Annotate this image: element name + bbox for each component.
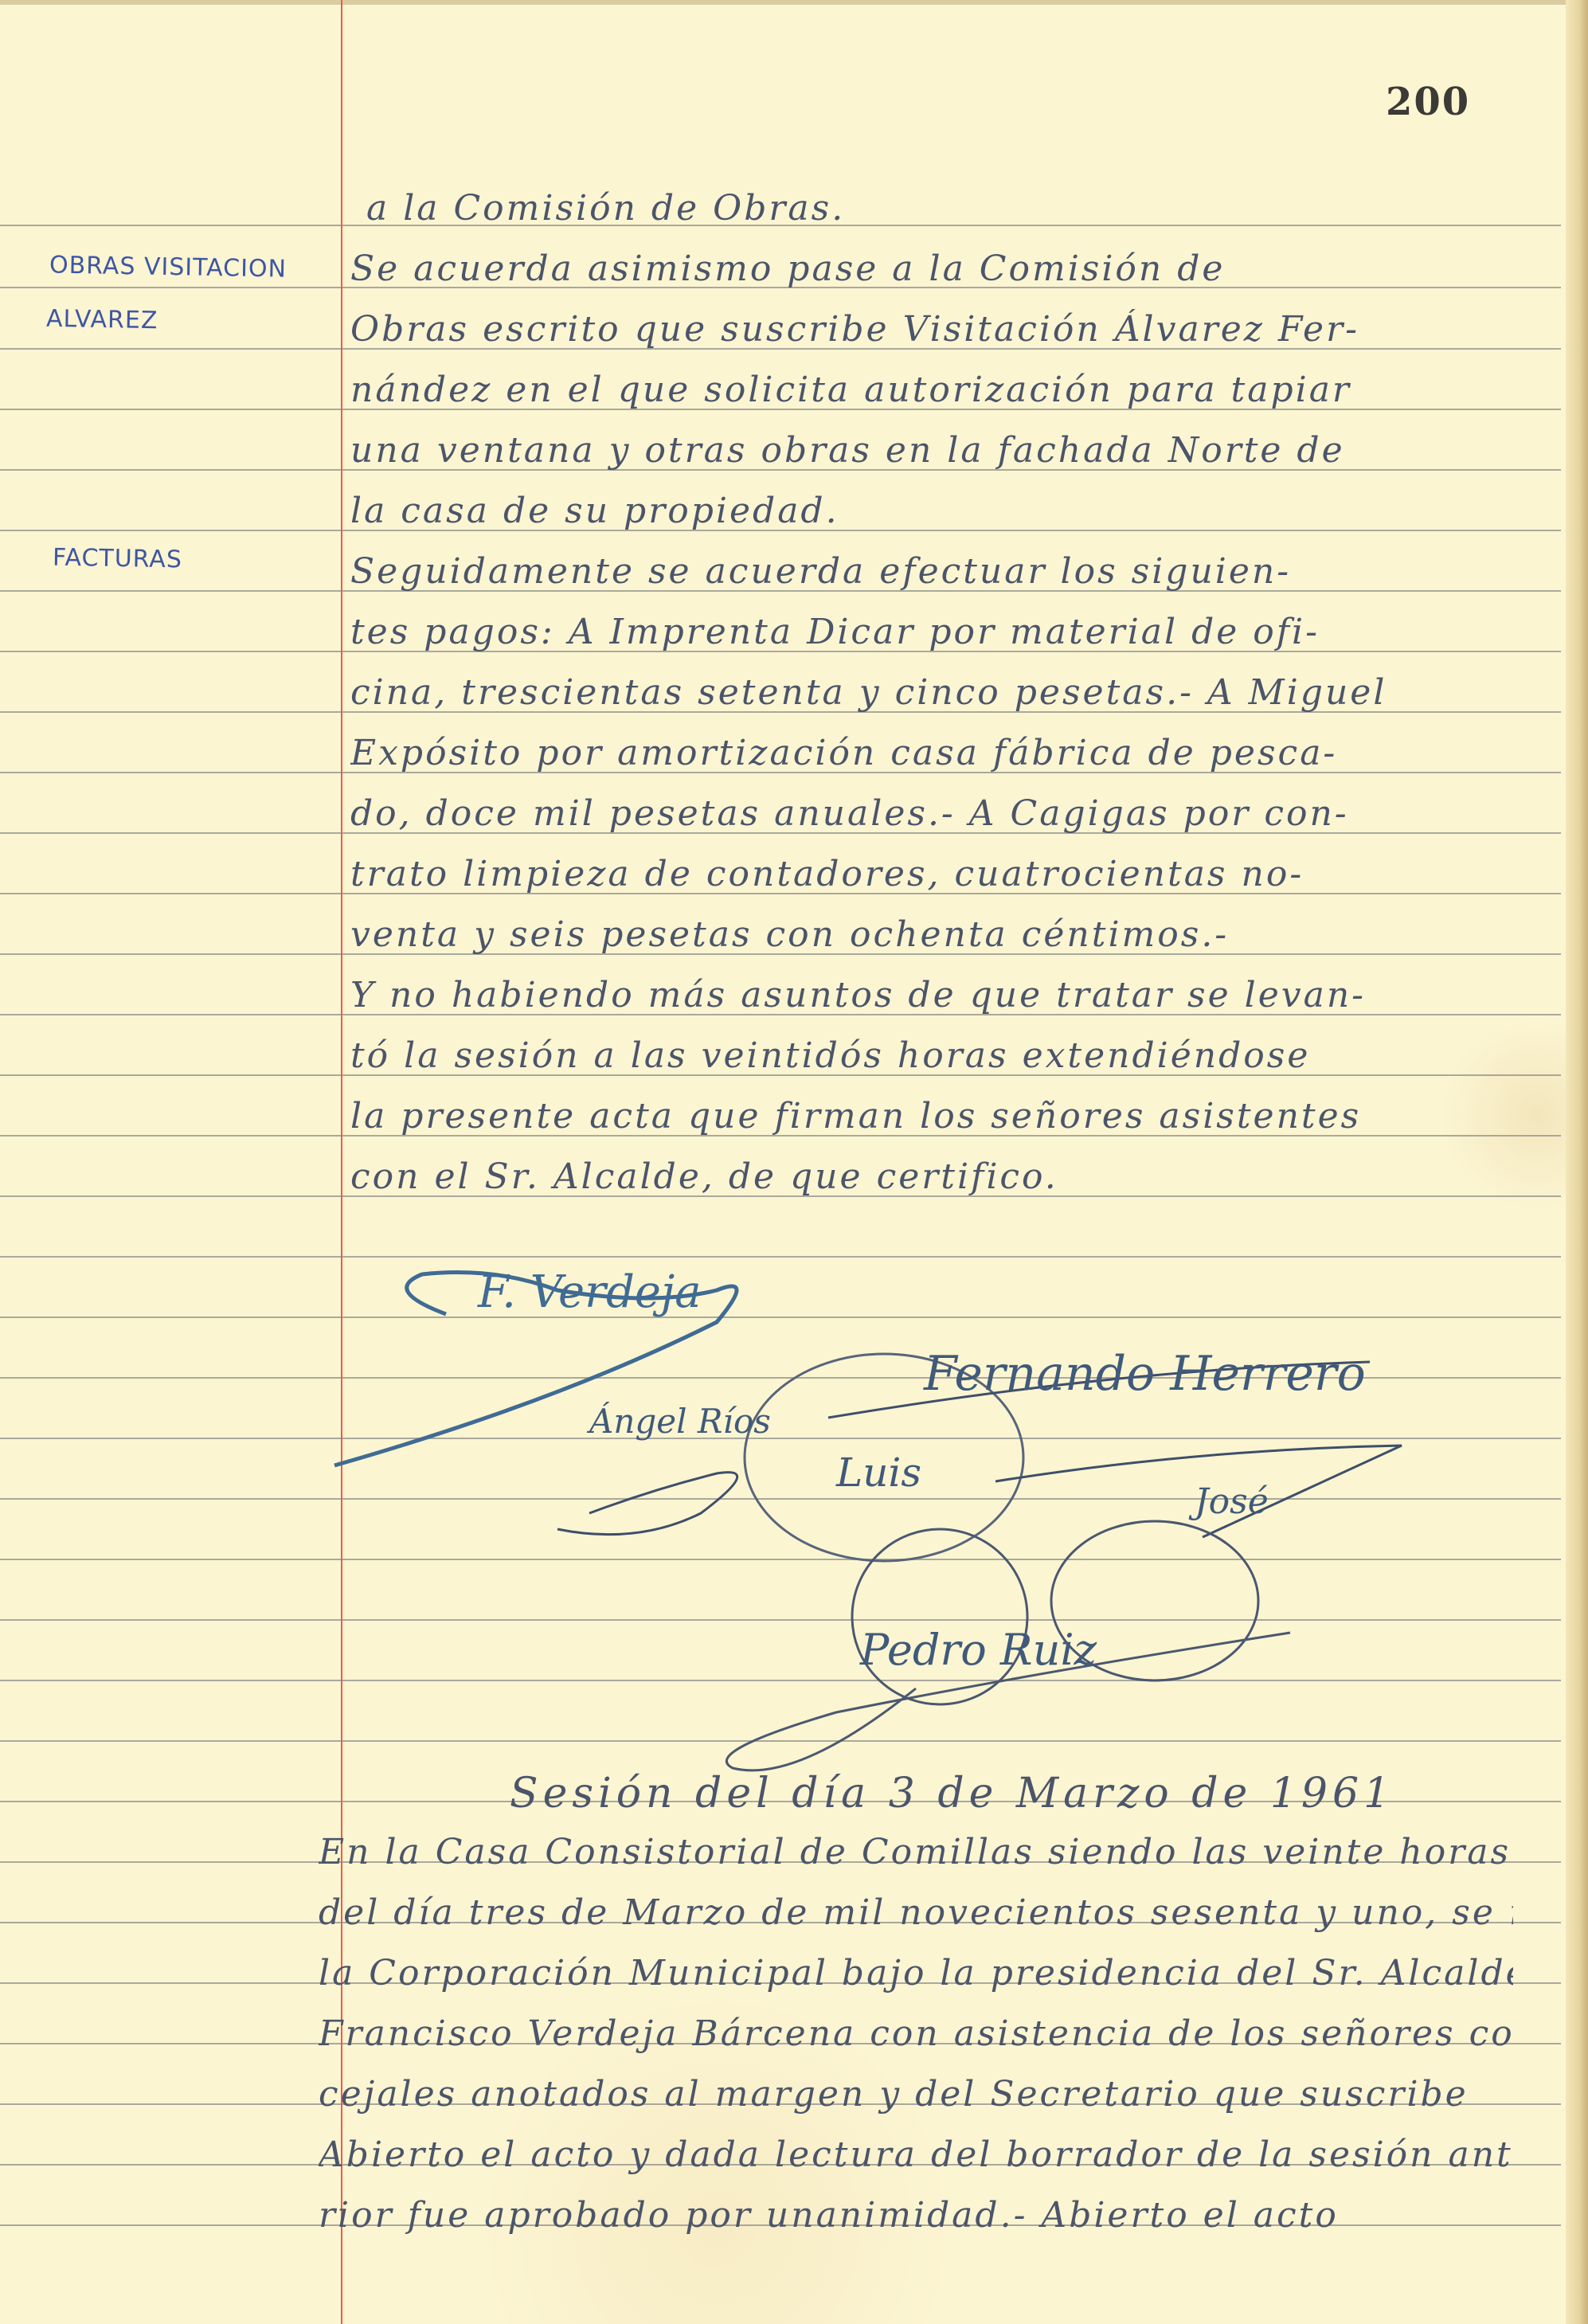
text-line: del día tres de Marzo de mil novecientos… [319,1892,1513,1933]
ledger-page: 200 OBRAS VISITACION ALVAREZ FACTURAS a … [0,0,1588,2324]
text-line: la Corporación Municipal bajo la preside… [319,1953,1513,1993]
signature-jose: José [1195,1481,1269,1522]
text-line: Abierto el acto y dada lectura del borra… [319,2134,1513,2175]
signature-ruiz: Pedro Ruiz [860,1625,1097,1675]
ruiz-loop-left [852,1529,1027,1704]
signature-rios: Ángel Ríos [589,1402,771,1441]
signature-luis: Luis [836,1450,921,1496]
text-line: En la Casa Consistorial de Comillas sien… [319,1832,1513,1872]
signature-verdeja: F. Verdeja [478,1266,702,1318]
text-line: Francisco Verdeja Bárcena con asistencia… [319,2013,1513,2054]
text-line: cejales anotados al margen y del Secreta… [319,2074,1513,2115]
session-heading: Sesión del día 3 de Marzo de 1961 [510,1770,1394,1817]
rios-flourish [557,1473,737,1535]
text-line: rior fue aprobado por unanimidad.- Abier… [319,2195,1513,2236]
signature-herrero: Fernando Herrero [924,1346,1366,1402]
